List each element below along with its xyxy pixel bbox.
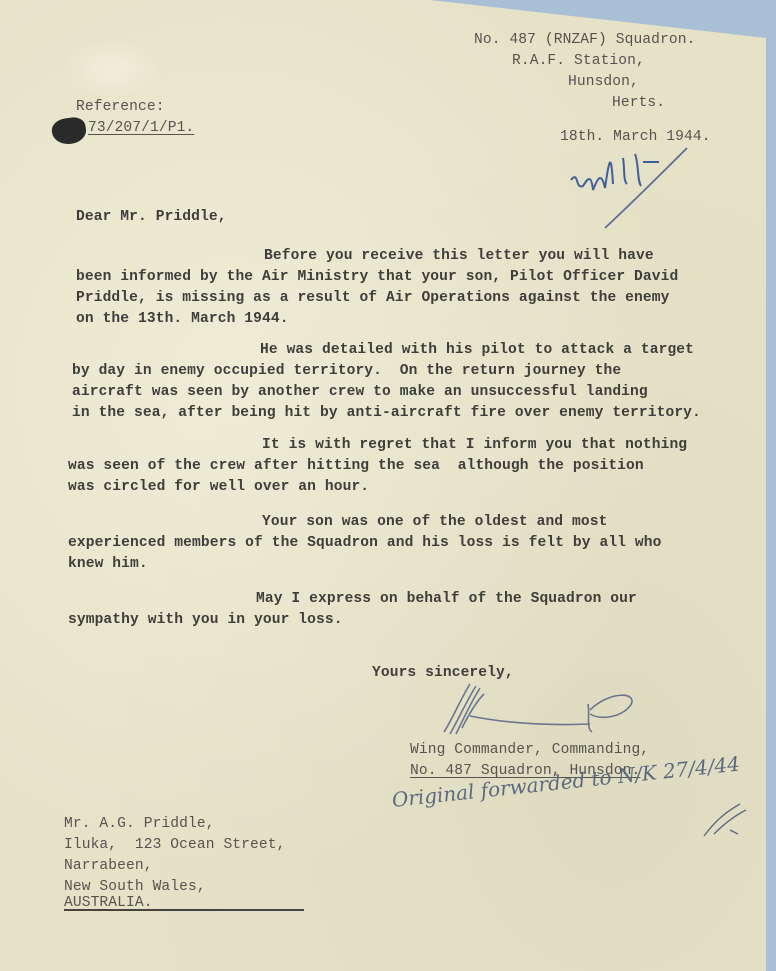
embossed-crest xyxy=(62,38,162,100)
paragraph-line: was circled for well over an hour. xyxy=(68,477,369,498)
paragraph-line: Your son was one of the oldest and most xyxy=(262,512,607,533)
letterhead-unit: No. 487 (RNZAF) Squadron. xyxy=(474,30,695,51)
salutation: Dear Mr. Priddle, xyxy=(76,207,227,228)
letterhead-station: R.A.F. Station, xyxy=(512,51,645,72)
paragraph-line: been informed by the Air Ministry that y… xyxy=(76,267,678,288)
paragraph-line: in the sea, after being hit by anti-airc… xyxy=(72,403,701,424)
paragraph-line: sympathy with you in your loss. xyxy=(68,610,343,631)
paragraph-line: aircraft was seen by another crew to mak… xyxy=(72,382,648,403)
paragraph-line: Before you receive this letter you will … xyxy=(264,246,654,267)
paragraph-line: Priddle, is missing as a result of Air O… xyxy=(76,288,669,309)
address-line: Narrabeen, xyxy=(64,856,153,877)
reference-value: 73/207/1/P1. xyxy=(88,118,194,139)
paragraph-line: on the 13th. March 1944. xyxy=(76,309,289,330)
handwritten-initial-icon xyxy=(700,800,750,840)
address-line: Mr. A.G. Priddle, xyxy=(64,814,215,835)
letterhead-town: Hunsdon, xyxy=(568,72,639,93)
paragraph-line: was seen of the crew after hitting the s… xyxy=(68,456,644,477)
initials-annotation-icon xyxy=(565,140,705,240)
paragraph-line: knew him. xyxy=(68,554,148,575)
paragraph-line: by day in enemy occupied territory. On t… xyxy=(72,361,621,382)
paragraph-line: experienced members of the Squadron and … xyxy=(68,533,661,554)
signature-icon xyxy=(440,680,650,740)
letter-paper: No. 487 (RNZAF) Squadron. R.A.F. Station… xyxy=(0,0,766,971)
paragraph-line: He was detailed with his pilot to attack… xyxy=(260,340,694,361)
letterhead-county: Herts. xyxy=(612,93,665,114)
address-underline xyxy=(64,909,304,911)
reference-label: Reference: xyxy=(76,97,165,118)
signatory-title: Wing Commander, Commanding, xyxy=(410,740,649,761)
paragraph-line: May I express on behalf of the Squadron … xyxy=(256,589,637,610)
punched-hole xyxy=(50,116,87,146)
address-line: Iluka, 123 Ocean Street, xyxy=(64,835,285,856)
paragraph-line: It is with regret that I inform you that… xyxy=(262,435,687,456)
